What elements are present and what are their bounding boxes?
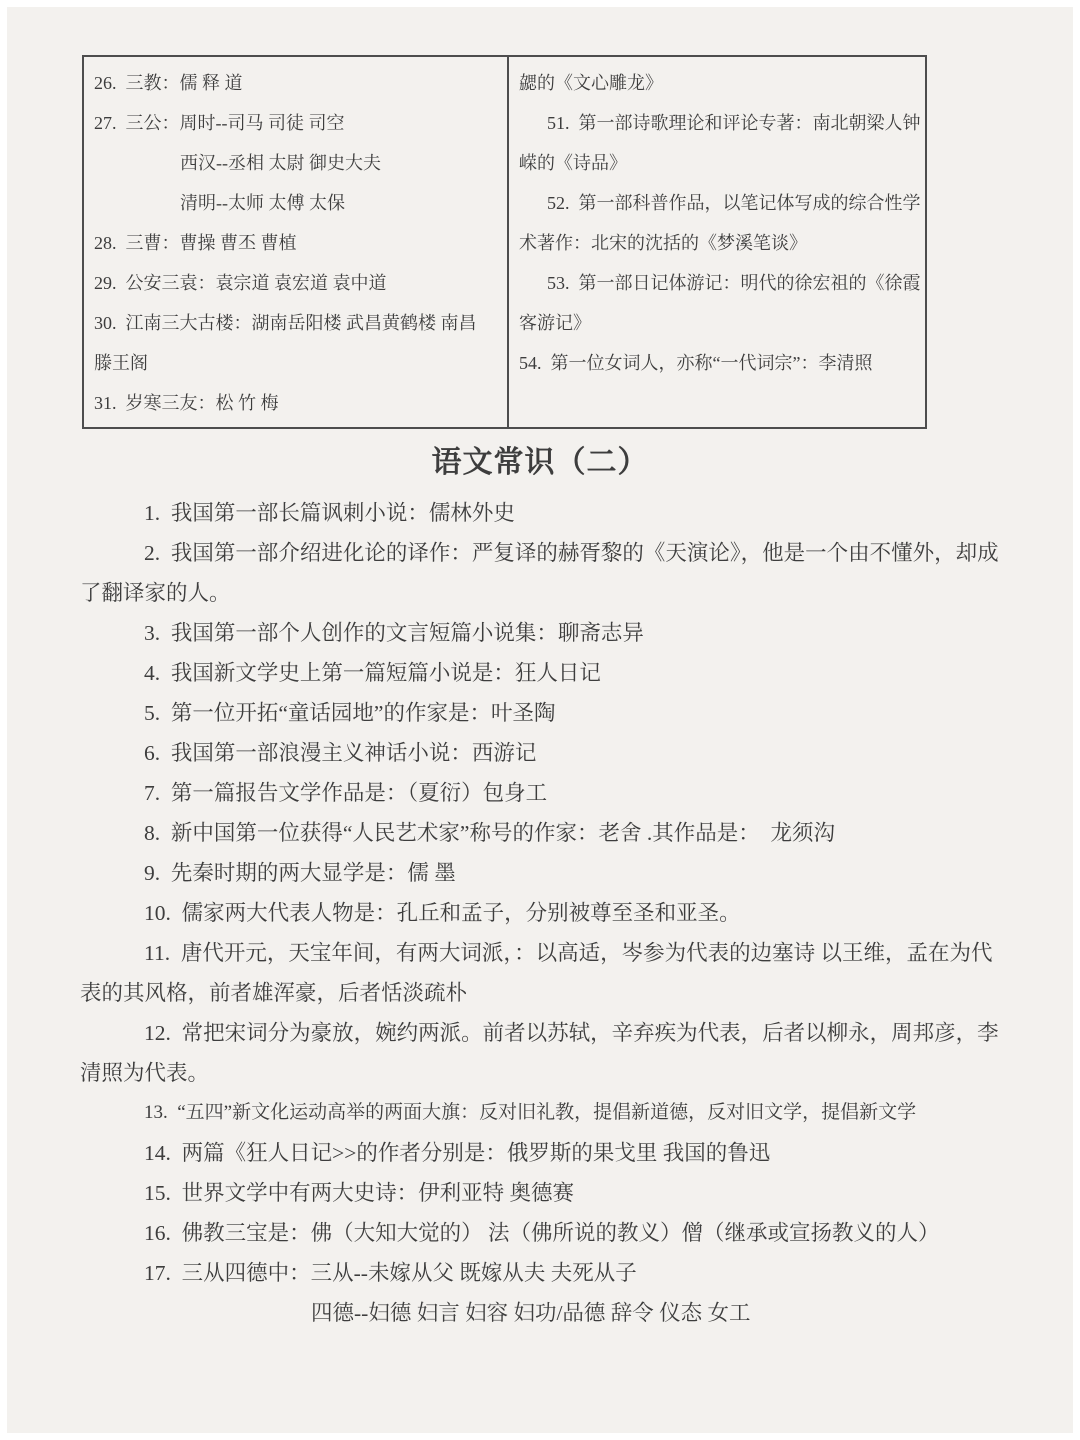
- list-item-7: 7. 第一篇报告文学作品是：（夏衍）包身工: [80, 773, 1007, 813]
- table-line-26: 26. 三教：儒 释 道: [94, 63, 503, 103]
- list-item-12: 12. 常把宋词分为豪放，婉约两派。前者以苏轼，辛弃疾为代表，后者以柳永，周邦彦…: [80, 1013, 1007, 1093]
- table-line-53-wrap: 客游记》: [519, 303, 921, 343]
- section-title: 语文常识（二）: [7, 441, 1073, 485]
- table-line-27: 27. 三公：周时--司马 司徒 司空: [94, 103, 503, 143]
- reference-table: 26. 三教：儒 释 道 27. 三公：周时--司马 司徒 司空 西汉--丞相 …: [82, 55, 927, 429]
- table-line-51-wrap: 嵘的《诗品》: [519, 143, 921, 183]
- table-line-27-qingming: 清明--太师 太傅 太保: [94, 183, 503, 223]
- table-line-30: 30. 江南三大古楼：湖南岳阳楼 武昌黄鹤楼 南昌: [94, 303, 503, 343]
- document-page: 26. 三教：儒 释 道 27. 三公：周时--司马 司徒 司空 西汉--丞相 …: [0, 0, 1080, 1440]
- list-item-4: 4. 我国新文学史上第一篇短篇小说是：狂人日记: [80, 653, 1007, 693]
- list-item-17-continuation: 四德--妇德 妇言 妇容 妇功/品德 辞令 仪态 女工: [311, 1293, 1007, 1333]
- table-line-54: 54. 第一位女词人，亦称“一代词宗”：李清照: [519, 343, 921, 383]
- table-line-31: 31. 岁寒三友：松 竹 梅: [94, 383, 503, 423]
- table-line-27-xihan: 西汉--丞相 太尉 御史大夫: [94, 143, 503, 183]
- list-item-9: 9. 先秦时期的两大显学是：儒 墨: [80, 853, 1007, 893]
- table-left-cell: 26. 三教：儒 释 道 27. 三公：周时--司马 司徒 司空 西汉--丞相 …: [84, 57, 507, 427]
- list-item-1: 1. 我国第一部长篇讽刺小说：儒林外史: [80, 493, 1007, 533]
- table-line-29: 29. 公安三袁：袁宗道 袁宏道 袁中道: [94, 263, 503, 303]
- table-line-28: 28. 三曹：曹操 曹丕 曹植: [94, 223, 503, 263]
- list-item-10: 10. 儒家两大代表人物是：孔丘和孟子，分别被尊至圣和亚圣。: [80, 893, 1007, 933]
- list-item-5: 5. 第一位开拓“童话园地”的作家是：叶圣陶: [80, 693, 1007, 733]
- list-item-16: 16. 佛教三宝是：佛（大知大觉的） 法（佛所说的教义）僧（继承或宣扬教义的人）: [80, 1213, 1007, 1253]
- list-item-13: 13. “五四”新文化运动高举的两面大旗：反对旧礼教，提倡新道德，反对旧文学，提…: [80, 1093, 1007, 1133]
- list-item-11: 11. 唐代开元，天宝年间，有两大词派，：以高适，岑参为代表的边塞诗 以王维，孟…: [80, 933, 1007, 1013]
- list-item-2: 2. 我国第一部介绍进化论的译作：严复译的赫胥黎的《天演论》，他是一个由不懂外，…: [80, 533, 1007, 613]
- list-item-14: 14. 两篇《狂人日记>>的作者分别是：俄罗斯的果戈里 我国的鲁迅: [80, 1133, 1007, 1173]
- list-item-17: 17. 三从四德中：三从--未嫁从父 既嫁从夫 夫死从子: [80, 1253, 1007, 1293]
- list-item-8: 8. 新中国第一位获得“人民艺术家”称号的作家：老舍 .其作品是： 龙须沟: [80, 813, 1007, 853]
- table-line-50-wrap: 勰的《文心雕龙》: [519, 63, 921, 103]
- list-item-3: 3. 我国第一部个人创作的文言短篇小说集：聊斋志异: [80, 613, 1007, 653]
- table-line-52-wrap: 术著作：北宋的沈括的《梦溪笔谈》: [519, 223, 921, 263]
- list-item-6: 6. 我国第一部浪漫主义神话小说：西游记: [80, 733, 1007, 773]
- table-line-51: 51. 第一部诗歌理论和评论专著：南北朝梁人钟: [519, 103, 921, 143]
- knowledge-list: 1. 我国第一部长篇讽刺小说：儒林外史 2. 我国第一部介绍进化论的译作：严复译…: [80, 493, 1007, 1333]
- table-line-53: 53. 第一部日记体游记：明代的徐宏祖的《徐霞: [519, 263, 921, 303]
- list-item-15: 15. 世界文学中有两大史诗：伊利亚特 奥德赛: [80, 1173, 1007, 1213]
- table-line-30-wrap: 滕王阁: [94, 343, 503, 383]
- table-right-cell: 勰的《文心雕龙》 51. 第一部诗歌理论和评论专著：南北朝梁人钟 嵘的《诗品》 …: [507, 57, 925, 427]
- table-line-52: 52. 第一部科普作品，以笔记体写成的综合性学: [519, 183, 921, 223]
